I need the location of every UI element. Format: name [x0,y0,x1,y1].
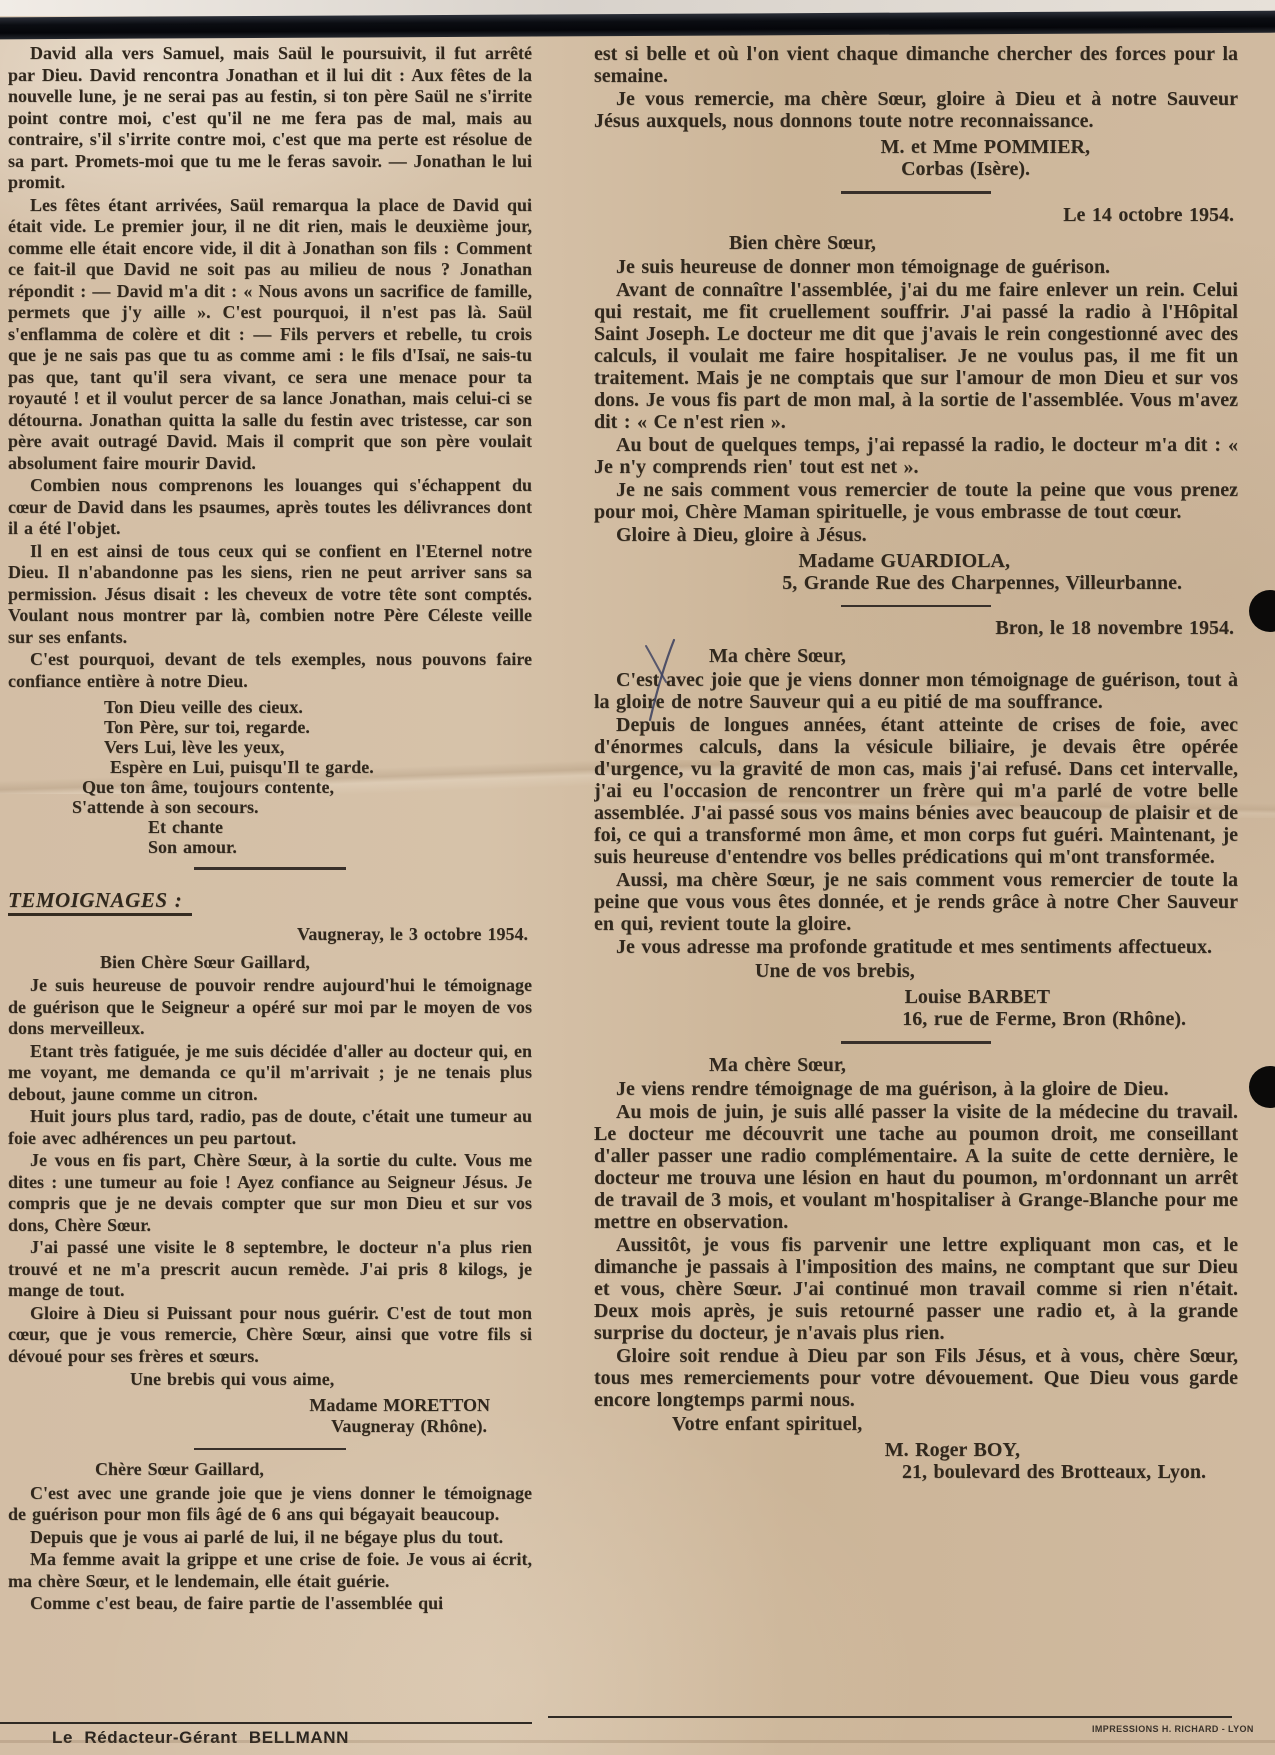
letter-paragraph: Comme c'est beau, de faire partie de l'a… [8,1593,532,1615]
hole-punch [1249,1066,1275,1108]
letter-salutation: Ma chère Sœur, [709,1054,1238,1076]
letter-dateline: Bron, le 18 novembre 1954. [594,617,1238,639]
hole-punch [1249,590,1275,632]
poem-line: Et chante [148,817,532,837]
letter-paragraph: Depuis que je vous ai parlé de lui, il n… [8,1527,532,1549]
letter-dateline: Vaugneray, le 3 octobre 1954. [8,924,532,946]
section-divider [194,1448,346,1451]
letter-paragraph: C'est avec une grande joie que je viens … [8,1483,532,1526]
temoignages-heading: TEMOIGNAGES : [8,890,192,917]
poem-line: S'attende à son secours. [72,797,532,817]
footer-rule [548,1716,1232,1718]
letter-salutation: Bien Chère Sœur Gaillard, [100,952,532,974]
letter-paragraph: Je vous en fis part, Chère Sœur, à la so… [8,1150,532,1236]
letter-paragraph: Je viens rendre témoignage de ma guériso… [594,1078,1238,1100]
signature-name: M. Roger BOY, [594,1439,1238,1461]
letter-paragraph: Au mois de juin, je suis allé passer la … [594,1101,1238,1233]
section-divider [841,605,991,608]
story-paragraph: C'est pourquoi, devant de tels exemples,… [8,649,532,692]
letter-salutation: Ma chère Sœur, [709,645,1238,667]
poem-line: Vers Lui, lève les yeux, [104,737,532,757]
letter-signoff: Une de vos brebis, [755,960,1238,982]
section-divider [841,191,991,194]
signature-name: Louise BARBET [594,986,1238,1008]
signature-name: Madame GUARDIOLA, [594,550,1238,572]
letter-paragraph: Je ne sais comment vous remercier de tou… [594,479,1238,523]
letter-paragraph: Avant de connaître l'assemblée, j'ai du … [594,279,1238,433]
signature-name: Madame MORETTON [8,1395,532,1417]
poem-line: Que ton âme, toujours contente, [82,777,532,797]
poem-line: Ton Dieu veille des cieux. [104,697,532,717]
story-paragraph: David alla vers Samuel, mais Saül le pou… [8,43,532,194]
signature-address: 5, Grande Rue des Charpennes, Villeurban… [594,572,1238,594]
story-paragraph: Les fêtes étant arrivées, Saül remarqua … [8,195,532,475]
letter-paragraph: C'est avec joie que je viens donner mon … [594,669,1238,713]
section-divider [841,1041,991,1044]
letter-paragraph: Aussitôt, je vous fis parvenir une lettr… [594,1234,1238,1344]
poem-line: Espère en Lui, puisqu'Il te garde. [110,757,532,777]
letter-paragraph: Depuis de longues années, étant atteinte… [594,714,1238,868]
letter-dateline: Le 14 octobre 1954. [594,204,1238,226]
letter-paragraph: Je suis heureuse de pouvoir rendre aujou… [8,975,532,1040]
poem-line: Son amour. [148,837,532,857]
letter-salutation: Bien chère Sœur, [729,232,1238,254]
signature-address: Corbas (Isère). [594,158,1238,180]
letter-paragraph: Gloire à Dieu si Puissant pour nous guér… [8,1303,532,1368]
letter-paragraph: Aussi, ma chère Sœur, je ne sais comment… [594,869,1238,935]
poem-line: Ton Père, sur toi, regarde. [104,717,532,737]
letter-paragraph: Gloire à Dieu, gloire à Jésus. [594,524,1238,546]
poem: Ton Dieu veille des cieux. Ton Père, sur… [8,697,532,857]
left-column: David alla vers Samuel, mais Saül le pou… [8,42,532,1722]
letter-paragraph: est si belle et où l'on vient chaque dim… [594,43,1238,87]
signature-address: Vaugneray (Rhône). [8,1416,532,1438]
story-paragraph: Il en est ainsi de tous ceux qui se conf… [8,541,532,649]
letter-paragraph: Gloire soit rendue à Dieu par son Fils J… [594,1345,1238,1411]
letter-paragraph: Huit jours plus tard, radio, pas de dout… [8,1106,532,1149]
letter-paragraph: Au bout de quelques temps, j'ai repassé … [594,434,1238,478]
story-paragraph: Combien nous comprenons les louanges qui… [8,475,532,540]
letter-paragraph: Je vous adresse ma profonde gratitude et… [594,936,1238,958]
signature-address: 21, boulevard des Brotteaux, Lyon. [594,1461,1238,1483]
letter-paragraph: Etant très fatiguée, je me suis décidée … [8,1041,532,1106]
section-divider [194,867,346,870]
letter-paragraph: Ma femme avait la grippe et une crise de… [8,1549,532,1592]
handwritten-mark [640,638,684,729]
letter-paragraph: J'ai passé une visite le 8 septembre, le… [8,1237,532,1302]
page-bottom-edge [0,1740,1275,1743]
right-column: est si belle et où l'on vient chaque dim… [594,42,1238,1722]
letter-paragraph: Je suis heureuse de donner mon témoignag… [594,256,1238,278]
letter-signoff: Votre enfant spirituel, [672,1413,1238,1435]
letter-paragraph: Je vous remercie, ma chère Sœur, gloire … [594,88,1238,132]
footer-printer: IMPRESSIONS H. RICHARD - LYON [1092,1724,1254,1734]
letter-salutation: Chère Sœur Gaillard, [95,1459,532,1481]
letter-signoff: Une brebis qui vous aime, [130,1369,532,1391]
footer-editor: Le Rédacteur-Gérant BELLMANN [52,1728,349,1748]
footer-rule [0,1722,532,1724]
scanned-page: David alla vers Samuel, mais Saül le pou… [0,0,1275,1755]
signature-address: 16, rue de Ferme, Bron (Rhône). [594,1008,1238,1030]
signature-name: M. et Mme POMMIER, [594,136,1238,158]
